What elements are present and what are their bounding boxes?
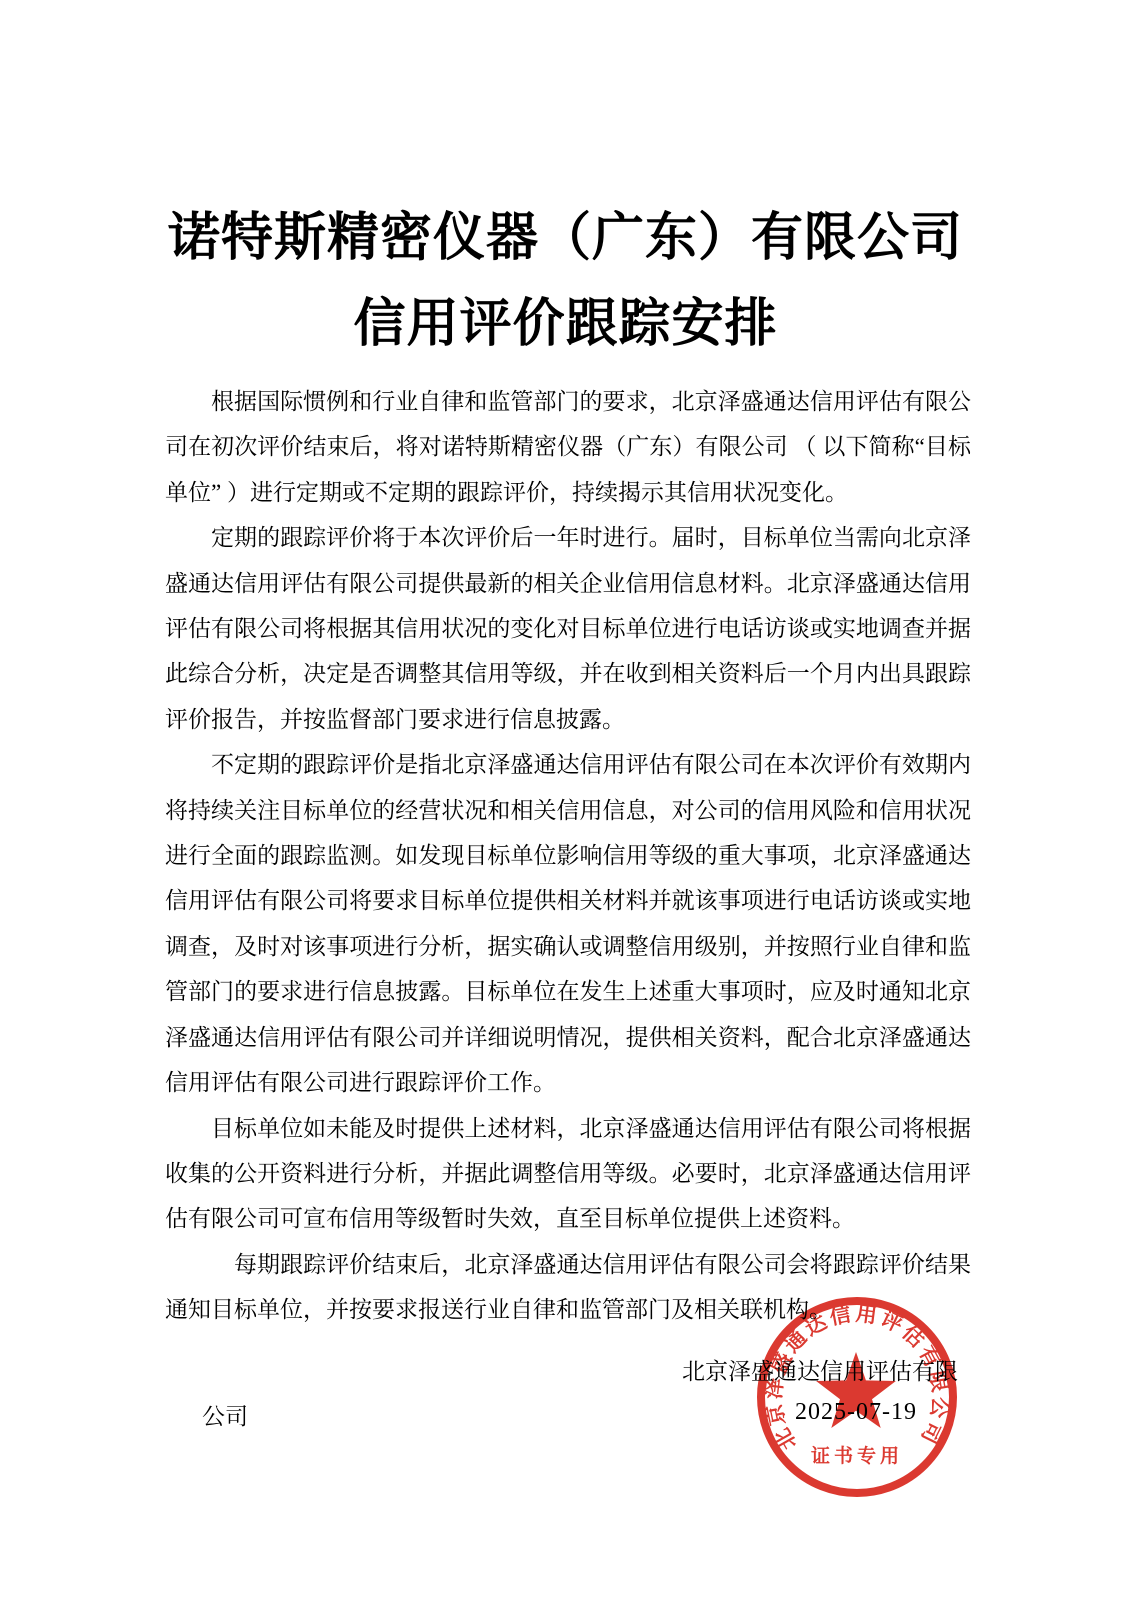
stamp-bottom-text: 证书专用 [811,1444,903,1467]
body-paragraph-3: 不定期的跟踪评价是指北京泽盛通达信用评估有限公司在本次评价有效期内将持续关注目标… [165,742,971,1105]
signature-org-line1: 北京泽盛通达信用评估有限 [682,1353,958,1386]
document-page: 诺特斯精密仪器（广东）有限公司 信用评价跟踪安排 根据国际惯例和行业自律和监管部… [0,0,1131,1600]
body-paragraph-1: 根据国际惯例和行业自律和监管部门的要求，北京泽盛通达信用评估有限公司在初次评价结… [165,379,971,515]
document-title-line1: 诺特斯精密仪器（广东）有限公司 [0,196,1131,282]
document-title: 诺特斯精密仪器（广东）有限公司 信用评价跟踪安排 [0,196,1131,368]
signature-date: 2025-07-19 [795,1399,917,1426]
body-paragraph-4: 目标单位如未能及时提供上述材料，北京泽盛通达信用评估有限公司将根据收集的公开资料… [165,1106,971,1242]
document-title-line2: 信用评价跟踪安排 [0,282,1131,368]
document-body: 根据国际惯例和行业自律和监管部门的要求，北京泽盛通达信用评估有限公司在初次评价结… [165,379,971,1333]
body-paragraph-2: 定期的跟踪评价将于本次评价后一年时进行。届时，目标单位当需向北京泽盛通达信用评估… [165,515,971,742]
signature-org-line2: 公司 [202,1398,248,1431]
body-paragraph-5: 每期跟踪评价结束后，北京泽盛通达信用评估有限公司会将跟踪评价结果通知目标单位，并… [165,1242,971,1333]
